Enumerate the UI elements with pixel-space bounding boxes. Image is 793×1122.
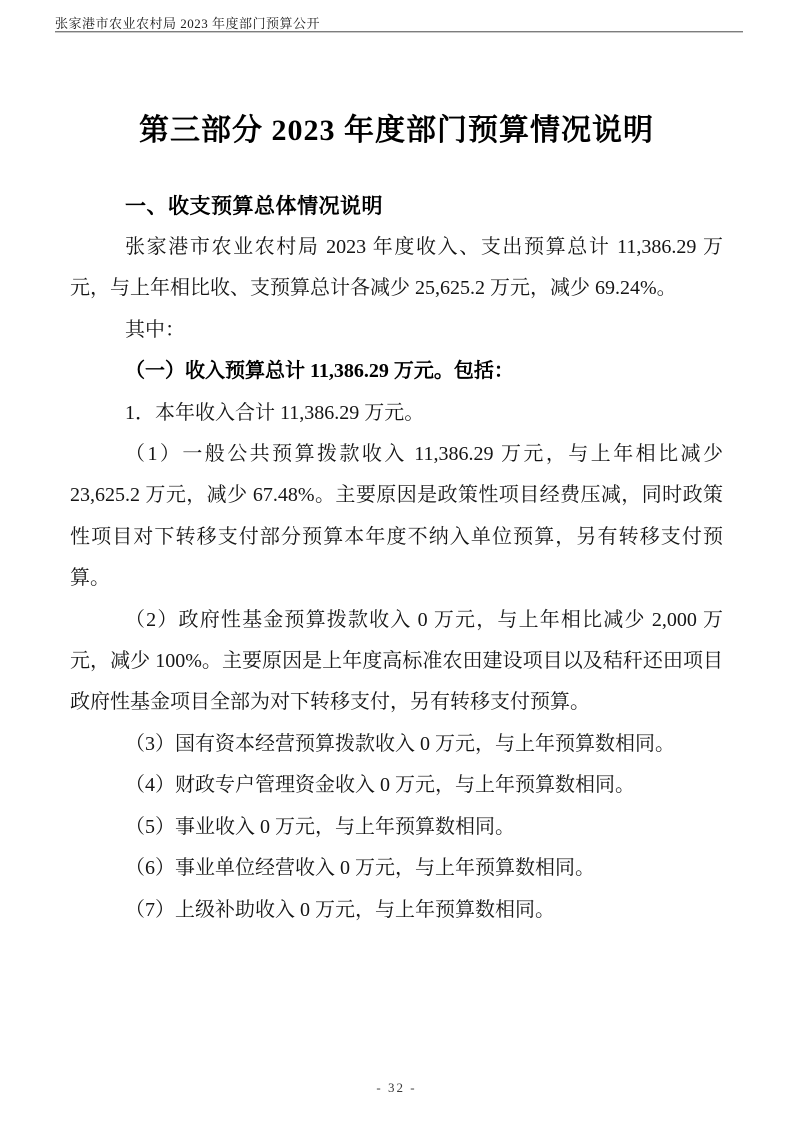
paragraph-container: 一、收支预算总体情况说明张家港市农业农村局 2023 年度收入、支出预算总计 1… xyxy=(70,191,723,931)
paragraph-item-4: （4）财政专户管理资金收入 0 万元，与上年预算数相同。 xyxy=(70,765,723,806)
paragraph-item-5: （5）事业收入 0 万元，与上年预算数相同。 xyxy=(70,807,723,848)
section-heading-1: 一、收支预算总体情况说明 xyxy=(70,191,723,221)
paragraph-total-income: 1．本年收入合计 11,386.29 万元。 xyxy=(70,393,723,434)
paragraph-item-2: （2）政府性基金预算拨款收入 0 万元，与上年相比减少 2,000 万元，减少 … xyxy=(70,600,723,724)
document-title: 第三部分 2023 年度部门预算情况说明 xyxy=(70,109,723,153)
paragraph-among-which: 其中： xyxy=(70,310,723,351)
paragraph-item-1: （1）一般公共预算拨款收入 11,386.29 万元，与上年相比减少 23,62… xyxy=(70,434,723,600)
paragraph-item-7: （7）上级补助收入 0 万元，与上年预算数相同。 xyxy=(70,890,723,931)
document-page: 张家港市农业农村局 2023 年度部门预算公开 第三部分 2023 年度部门预算… xyxy=(0,0,793,1122)
page-number: - 32 - xyxy=(376,1080,416,1095)
paragraph-overview: 张家港市农业农村局 2023 年度收入、支出预算总计 11,386.29 万元，… xyxy=(70,227,723,310)
subsection-heading-income: （一）收入预算总计 11,386.29 万元。包括： xyxy=(70,351,723,392)
page-footer: - 32 - xyxy=(0,1080,793,1096)
running-header-text: 张家港市农业农村局 2023 年度部门预算公开 xyxy=(55,16,320,31)
paragraph-item-6: （6）事业单位经营收入 0 万元，与上年预算数相同。 xyxy=(70,848,723,889)
document-body: 第三部分 2023 年度部门预算情况说明 一、收支预算总体情况说明张家港市农业农… xyxy=(70,33,723,931)
running-header: 张家港市农业农村局 2023 年度部门预算公开 xyxy=(55,13,320,32)
paragraph-item-3: （3）国有资本经营预算拨款收入 0 万元，与上年预算数相同。 xyxy=(70,724,723,765)
